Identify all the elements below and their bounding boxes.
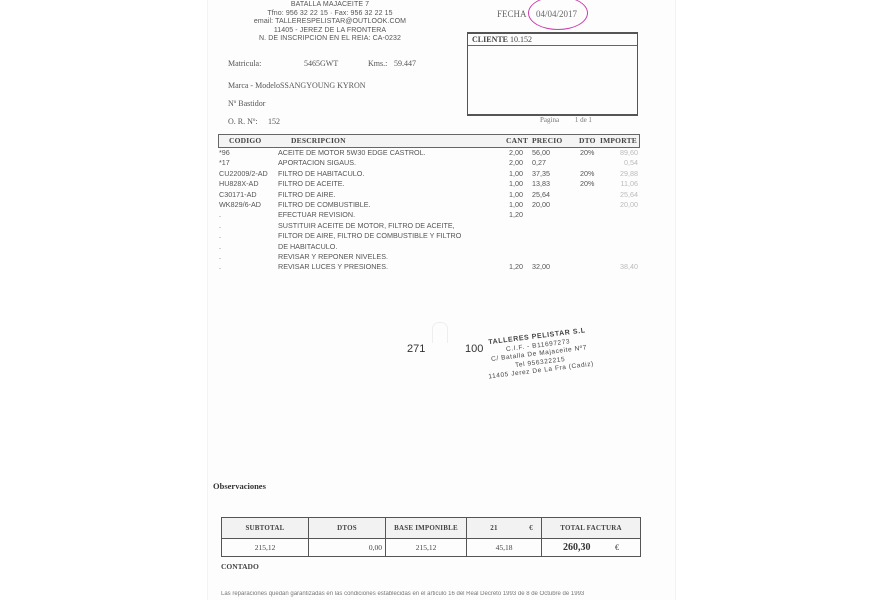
item-quantity: 1,00 — [509, 179, 523, 188]
item-description: APORTACION SIGAUS. — [278, 158, 356, 167]
col-dto: DTO — [579, 136, 596, 145]
item-description: ACEITE DE MOTOR 5W30 EDGE CASTROL. — [278, 148, 426, 157]
item-amount: 11,06 — [618, 179, 638, 188]
table-row: *17APORTACION SIGAUS.2,000,270,54 — [218, 158, 642, 169]
payment-method: CONTADO — [221, 562, 259, 571]
table-row: .FILTOR DE AIRE, FILTRO DE COMBUSTIBLE Y… — [218, 231, 642, 242]
item-code: . — [219, 221, 221, 230]
company-registry: N. DE INSCRIPCION EN EL REIA: CA-0232 — [230, 35, 430, 44]
item-description: FILTRO DE COMBUSTIBLE. — [278, 200, 371, 209]
client-title: CLIENTE 10.152 — [468, 34, 637, 46]
legal-notice: Las reparaciones quedan garantizadas en … — [221, 591, 651, 597]
item-code: CU22009/2-AD — [219, 169, 268, 178]
total-factura-value: 260,30 € — [542, 539, 641, 557]
item-description: SUSTITUIR ACEITE DE MOTOR, FILTRO DE ACE… — [278, 221, 455, 230]
item-price: 0,27 — [532, 158, 546, 167]
item-code: . — [219, 262, 221, 271]
item-code: C30171-AD — [219, 190, 257, 199]
table-row: .SUSTITUIR ACEITE DE MOTOR, FILTRO DE AC… — [218, 221, 642, 232]
kms-label: Kms.: — [368, 59, 387, 68]
table-row: .EFECTUAR REVISION.1,20 — [218, 210, 642, 221]
items-table-header: CODIGO DESCRIPCION CANT PRECIO DTO IMPOR… — [218, 134, 640, 148]
table-row: C30171-ADFILTRO DE AIRE.1,0025,6425,64 — [218, 190, 642, 201]
or-value: 152 — [268, 117, 280, 126]
table-row: WK829/6-ADFILTRO DE COMBUSTIBLE.1,0020,0… — [218, 200, 642, 211]
item-description: EFECTUAR REVISION. — [278, 210, 355, 219]
page-label: Pagina — [540, 116, 559, 124]
item-quantity: 2,00 — [509, 148, 523, 157]
item-quantity: 1,00 — [509, 190, 523, 199]
item-code: . — [219, 242, 221, 251]
dtos-value: 0,00 — [309, 539, 386, 557]
totals-table: SUBTOTAL DTOS BASE IMPONIBLE 21 € TOTAL … — [221, 517, 641, 557]
item-code: *96 — [219, 148, 230, 157]
table-row: .REVISAR LUCES Y PRESIONES.1,2032,0038,4… — [218, 262, 642, 273]
page-value: 1 de 1 — [575, 116, 592, 124]
item-description: FILTRO DE HABITACULO. — [278, 169, 364, 178]
item-discount: 20% — [580, 169, 594, 178]
item-quantity: 1,00 — [509, 169, 523, 178]
iva-amount-value: 45,18 — [467, 539, 542, 557]
col-precio: PRECIO — [532, 136, 562, 145]
col-descripcion: DESCRIPCION — [291, 136, 346, 145]
company-header: BATALLA MAJACEITE 7 Tfno: 956 32 22 15 ·… — [230, 1, 430, 44]
subtotal-value: 215,12 — [222, 539, 309, 557]
matricula-label: Matricula: — [228, 59, 261, 68]
company-email: email: TALLERESPELISTAR@OUTLOOK.COM — [230, 18, 430, 27]
client-box: CLIENTE 10.152 — [467, 32, 638, 116]
totals-header-row: SUBTOTAL DTOS BASE IMPONIBLE 21 € TOTAL … — [222, 518, 641, 539]
subtotal-header: SUBTOTAL — [222, 518, 309, 539]
item-code: . — [219, 210, 221, 219]
item-quantity: 1,20 — [509, 210, 523, 219]
col-importe: IMPORTE — [600, 136, 637, 145]
kms-value: 59.447 — [394, 59, 416, 68]
stamp-mark — [432, 322, 448, 343]
total-currency: € — [615, 543, 619, 552]
item-amount: 38,40 — [618, 262, 638, 271]
item-code: *17 — [219, 158, 230, 167]
page-indicator: Pagina 1 de 1 — [540, 116, 592, 124]
marca-modelo: Marca - ModeloSSANGYOUNG KYRON — [228, 81, 366, 90]
item-amount: 20,00 — [618, 200, 638, 209]
table-row: .REVISAR Y REPONER NIVELES. — [218, 252, 642, 263]
col-cant: CANT — [506, 136, 528, 145]
iva-currency-header: € — [521, 518, 542, 539]
table-row: .DE HABITACULO. — [218, 242, 642, 253]
table-row: HU828X-ADFILTRO DE ACEITE.1,0013,8320%11… — [218, 179, 642, 190]
matricula-value: 5465GWT — [304, 59, 338, 68]
company-phone: Tfno: 956 32 22 15 · Fax: 956 32 22 15 — [230, 10, 430, 19]
fecha-label: FECHA — [497, 9, 527, 19]
total-amount: 260,30 — [563, 542, 591, 553]
client-number: 10.152 — [510, 35, 532, 44]
col-codigo: CODIGO — [229, 136, 261, 145]
item-quantity: 1,20 — [509, 262, 523, 271]
item-description: FILTRO DE AIRE. — [278, 190, 335, 199]
or-label: O. R. Nº: — [228, 117, 258, 126]
observaciones-label: Observaciones — [213, 481, 266, 491]
item-price: 20,00 — [532, 200, 550, 209]
bastidor-label: Nº Bastidor — [228, 99, 265, 108]
dtos-header: DTOS — [309, 518, 386, 539]
item-quantity: 2,00 — [509, 158, 523, 167]
item-code: . — [219, 231, 221, 240]
item-quantity: 1,00 — [509, 200, 523, 209]
item-price: 25,64 — [532, 190, 550, 199]
table-row: *96ACEITE DE MOTOR 5W30 EDGE CASTROL.2,0… — [218, 148, 642, 159]
item-discount: 20% — [580, 148, 594, 157]
item-code: HU828X-AD — [219, 179, 259, 188]
item-price: 13,83 — [532, 179, 550, 188]
base-imponible-value: 215,12 — [386, 539, 467, 557]
item-amount: 25,64 — [618, 190, 638, 199]
base-imponible-header: BASE IMPONIBLE — [386, 518, 467, 539]
client-label: CLIENTE — [472, 35, 508, 44]
totals-value-row: 215,12 0,00 215,12 45,18 260,30 € — [222, 539, 641, 557]
item-description: DE HABITACULO. — [278, 242, 337, 251]
item-amount: 0,54 — [618, 158, 638, 167]
item-code: WK829/6-AD — [219, 200, 261, 209]
iva-rate-header: 21 — [467, 518, 522, 539]
table-row: CU22009/2-ADFILTRO DE HABITACULO.1,0037,… — [218, 169, 642, 180]
item-description: FILTRO DE ACEITE. — [278, 179, 345, 188]
item-description: REVISAR LUCES Y PRESIONES. — [278, 262, 388, 271]
item-price: 32,00 — [532, 262, 550, 271]
item-price: 56,00 — [532, 148, 550, 157]
item-description: REVISAR Y REPONER NIVELES. — [278, 252, 388, 261]
item-amount: 89,60 — [618, 148, 638, 157]
item-discount: 20% — [580, 179, 594, 188]
total-factura-header: TOTAL FACTURA — [542, 518, 641, 539]
item-amount: 29,88 — [618, 169, 638, 178]
handwritten-number-b: 100 — [465, 343, 483, 355]
company-city: 11405 - JEREZ DE LA FRONTERA — [230, 27, 430, 36]
handwritten-number-a: 271 — [407, 343, 425, 355]
company-address: BATALLA MAJACEITE 7 — [230, 1, 430, 10]
item-code: . — [219, 252, 221, 261]
item-description: FILTOR DE AIRE, FILTRO DE COMBUSTIBLE Y … — [278, 231, 461, 240]
item-price: 37,35 — [532, 169, 550, 178]
